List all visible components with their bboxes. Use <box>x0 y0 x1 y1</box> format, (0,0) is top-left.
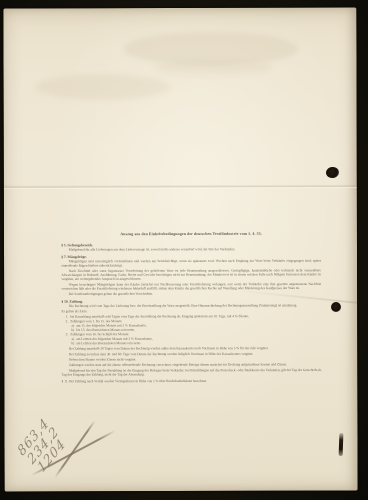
printed-text-block: Auszug aus den Einheitsbedingungen der d… <box>4 232 357 388</box>
paragraph: Mängelrügen sind unverzüglich vorzunehme… <box>61 259 321 268</box>
section-1: § 1. Geltungsbereich. Maßgebend für alle… <box>61 243 321 252</box>
paragraph: Maßgebend für den Tag der Bezahlung ist … <box>62 368 322 377</box>
ink-spot <box>331 302 341 312</box>
paragraph: Es gelten als Ziele: <box>61 309 321 314</box>
document-title: Auszug aus den Einheitsbedingungen der d… <box>61 232 321 237</box>
paragraph: Nach Zuschnitt oder sonst begonnener Ver… <box>61 269 321 282</box>
paragraph: Die Rechnung wird vom Tage der Lieferung… <box>61 304 321 309</box>
bleed-through-smudge <box>154 60 274 76</box>
paragraph: Zahlungen werden stets auf die älteste o… <box>62 363 322 368</box>
list-text: am Letzten des übernächsten Monats rein … <box>76 341 321 346</box>
paragraph: Wegen berechtigter Mängelrügen kann der … <box>61 282 321 291</box>
bleed-through-smudge <box>36 74 171 100</box>
paragraph: Maßgebend für alle Lieferungen aus dem L… <box>61 247 321 252</box>
fold-crease <box>4 185 357 190</box>
paragraph: Bei Sonderanfertigungen gelten die geset… <box>61 292 321 297</box>
paragraph: Bei Zahlung innerhalb 30 Tagen vom Datum… <box>62 346 322 351</box>
closing-line: § 11. Bei Zahlung nach Verfall werden Ve… <box>62 379 322 384</box>
paragraph: Neben dem Skonto werden Zinsen nicht ver… <box>62 357 322 362</box>
list-item: b) am Letzten des übernächsten Monats re… <box>62 341 322 346</box>
section-10: § 10. Zahlung. Die Rechnung wird vom Tag… <box>61 299 321 384</box>
section-7: § 7. Mängelrüge. Mängelrügen sind unverz… <box>61 255 321 297</box>
paragraph: Bei Zahlung zwischen dem 30. und 60. Tag… <box>62 352 322 357</box>
scanned-document-photo: Auszug aus den Einheitsbedingungen der d… <box>0 0 368 500</box>
list-marker: b) <box>62 342 77 346</box>
